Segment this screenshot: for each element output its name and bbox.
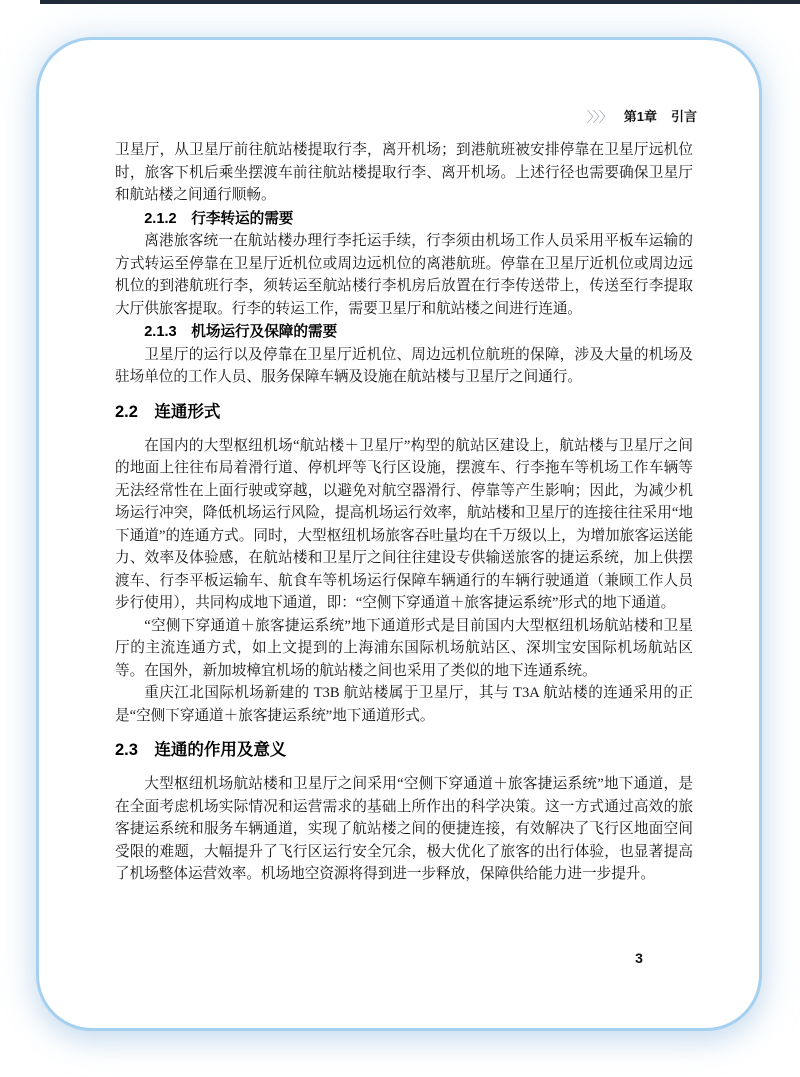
heading-2-1-2: 2.1.2 行李转运的需要 (115, 208, 693, 231)
page-body: 卫星厅，从卫星厅前往航站楼提取行李，离开机场；到港航班被安排停靠在卫星厅远机位时… (115, 139, 693, 886)
heading-2-2: 2.2 连通形式 (115, 400, 693, 424)
paragraph: 卫星厅，从卫星厅前往航站楼提取行李，离开机场；到港航班被安排停靠在卫星厅远机位时… (115, 139, 693, 207)
paragraph: 大型枢纽机场航站楼和卫星厅之间采用“空侧下穿通道＋旅客捷运系统”地下通道，是在全… (115, 773, 693, 886)
book-page: 〉〉〉第1章引言 卫星厅，从卫星厅前往航站楼提取行李，离开机场；到港航班被安排停… (36, 37, 762, 1031)
paragraph: 卫星厅的运行以及停靠在卫星厅近机位、周边远机位航班的保障，涉及大量的机场及驻场单… (115, 344, 693, 389)
heading-2-3: 2.3 连通的作用及意义 (115, 738, 693, 762)
paragraph: 重庆江北国际机场新建的 T3B 航站楼属于卫星厅，其与 T3A 航站楼的连通采用… (115, 682, 693, 727)
paragraph: 离港旅客统一在航站楼办理行李托运手续，行李须由机场工作人员采用平板车运输的方式转… (115, 230, 693, 320)
chapter-title: 引言 (671, 109, 697, 124)
triple-chevron-right-icon: 〉〉〉 (587, 109, 612, 125)
heading-2-1-3: 2.1.3 机场运行及保障的需要 (115, 321, 693, 344)
paragraph: 在国内的大型枢纽机场“航站楼＋卫星厅”构型的航站区建设上，航站楼与卫星厅之间的地… (115, 435, 693, 615)
page-header: 〉〉〉第1章引言 (587, 106, 697, 127)
chapter-number: 第1章 (624, 109, 657, 124)
paragraph: “空侧下穿通道＋旅客捷运系统”地下通道形式是目前国内大型枢纽机场航站楼和卫星厅的… (115, 615, 693, 683)
window-top-edge (40, 0, 800, 4)
page-number: 3 (615, 950, 663, 966)
reader-canvas: 〉〉〉第1章引言 卫星厅，从卫星厅前往航站楼提取行李，离开机场；到港航班被安排停… (0, 0, 800, 1077)
